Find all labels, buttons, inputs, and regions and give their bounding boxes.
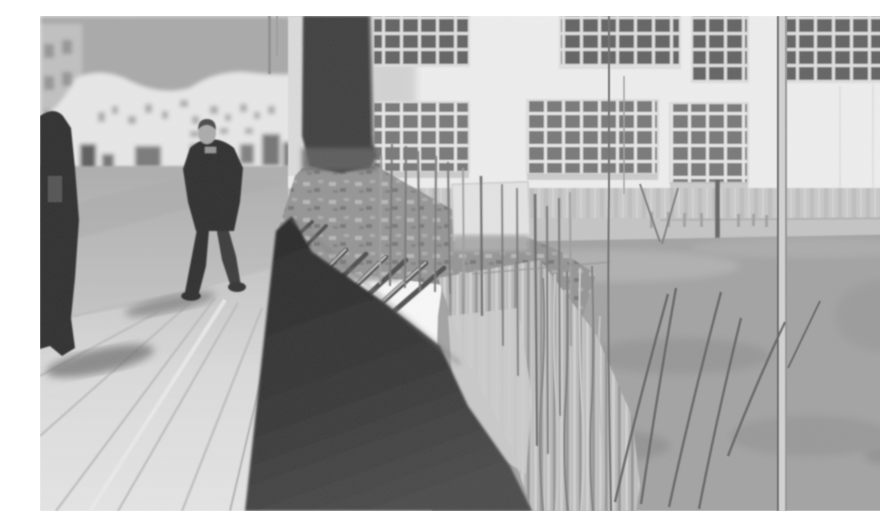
street-photo — [40, 16, 880, 511]
photo-canvas — [40, 16, 880, 511]
film-grain — [40, 16, 880, 511]
